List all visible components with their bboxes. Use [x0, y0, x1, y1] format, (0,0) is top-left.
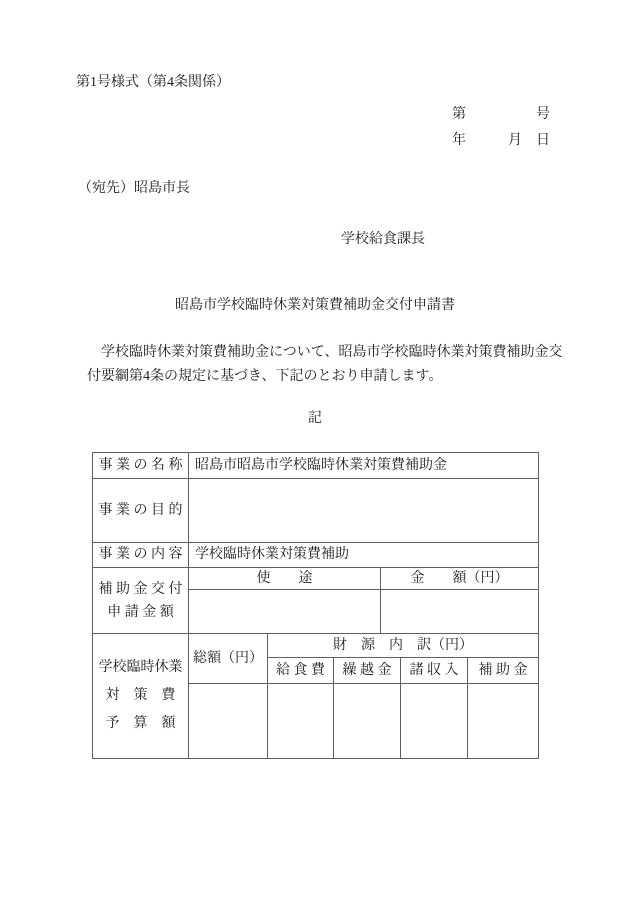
document-number-line: 第 号 — [452, 102, 550, 128]
document-title: 昭島市学校臨時休業対策費補助金交付申請書 — [0, 294, 630, 314]
breakdown-value-cell-lunch-fee — [268, 684, 334, 759]
body-paragraph: 学校臨時休業対策費補助金について、昭島市学校臨時休業対策費補助金交付要綱第4条の… — [87, 341, 565, 389]
business-name-label: 事 業 の 名 称 — [93, 453, 189, 479]
document-number-block: 第 号 年 月 日 — [452, 102, 550, 154]
record-marker: 記 — [0, 407, 630, 427]
breakdown-value-cell-carryover — [334, 684, 401, 759]
breakdown-col-header-misc-income: 諸 収 入 — [401, 658, 468, 684]
business-content-value: 学校臨時休業対策費補助 — [189, 543, 539, 568]
amount-value-cell — [381, 590, 539, 634]
breakdown-value-cell-subsidy — [468, 684, 539, 759]
sender-title-line: 学校給食課長 — [341, 228, 425, 248]
date-line: 年 月 日 — [452, 128, 550, 154]
business-name-value: 昭島市昭島市学校臨時休業対策費補助金 — [189, 453, 539, 479]
usage-header: 使 途 — [189, 568, 381, 590]
funding-breakdown-header: 財 源 内 訳（円） — [268, 634, 539, 658]
document-page: 第1号様式（第4条関係） 第 号 年 月 日 （宛先）昭島市長 学校給食課長 昭… — [0, 0, 630, 903]
breakdown-col-header-subsidy: 補 助 金 — [468, 658, 539, 684]
business-content-label: 事 業 の 内 容 — [93, 543, 189, 568]
breakdown-value-cell-misc-income — [401, 684, 468, 759]
amount-header: 金 額（円） — [381, 568, 539, 590]
business-purpose-label: 事 業 の 目 的 — [93, 479, 189, 543]
grant-amount-label: 補 助 金 交 付 申 請 金 額 — [93, 568, 189, 634]
form-number-label: 第1号様式（第4条関係） — [76, 71, 230, 91]
breakdown-col-header-carryover: 繰 越 金 — [334, 658, 401, 684]
business-purpose-value — [189, 479, 539, 543]
application-form-table: 事 業 の 名 称 昭島市昭島市学校臨時休業対策費補助金 事 業 の 目 的 事… — [92, 452, 539, 759]
breakdown-col-header-lunch-fee: 給 食 費 — [268, 658, 334, 684]
total-amount-value-cell — [189, 684, 268, 759]
total-amount-header: 総額（円） — [189, 634, 268, 684]
addressee-line: （宛先）昭島市長 — [78, 177, 190, 197]
budget-label: 学校臨時休業 対 策 費 予 算 額 — [93, 634, 189, 759]
usage-value-cell — [189, 590, 381, 634]
